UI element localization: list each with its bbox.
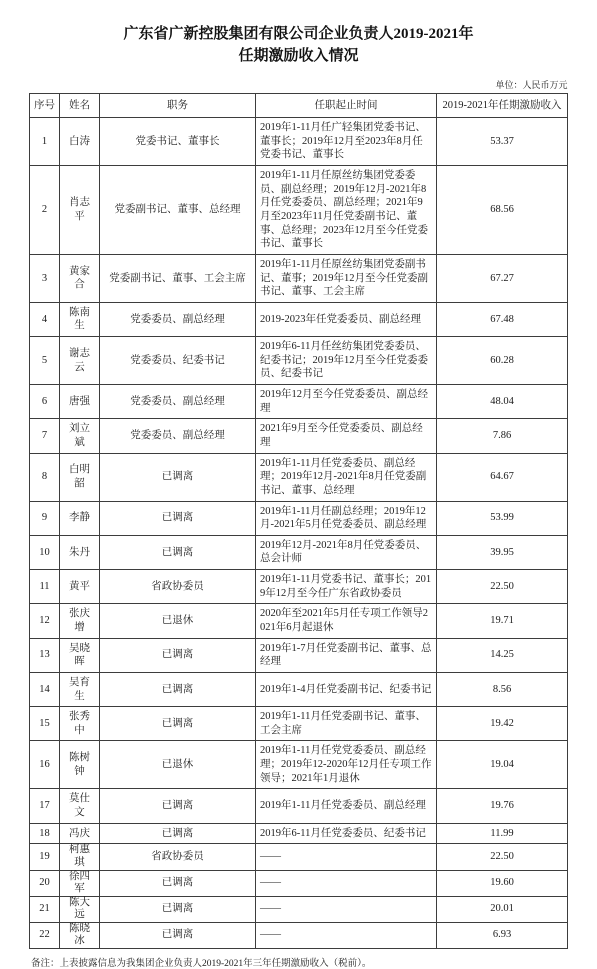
cell-tenure: 2021年9月至今任党委委员、副总经理: [256, 419, 437, 453]
cell-no: 10: [30, 535, 60, 569]
cell-name: 陈树钟: [60, 741, 100, 789]
cell-title: 党委委员、纪委书记: [100, 337, 256, 385]
cell-income: 22.50: [437, 844, 568, 870]
cell-name: 肖志平: [60, 166, 100, 255]
cell-title: 已调离: [100, 672, 256, 706]
cell-tenure: 2019年12月-2021年8月任党委委员、总会计师: [256, 535, 437, 569]
cell-title: 党委副书记、董事、工会主席: [100, 254, 256, 302]
cell-income: 6.93: [437, 922, 568, 948]
cell-no: 19: [30, 844, 60, 870]
cell-no: 4: [30, 302, 60, 336]
cell-name: 张庆增: [60, 604, 100, 638]
cell-tenure: 2019年1-4月任党委副书记、纪委书记: [256, 672, 437, 706]
cell-tenure: ——: [256, 870, 437, 896]
cell-tenure: 2019年6-11月任党委委员、纪委书记: [256, 823, 437, 844]
cell-tenure: 2019年1-11月任党委副书记、董事、工会主席: [256, 707, 437, 741]
cell-title: 已调离: [100, 453, 256, 501]
income-table: 序号 姓名 职务 任职起止时间 2019-2021年任期激励收入 1白涛党委书记…: [29, 93, 568, 950]
cell-tenure: 2019年1-11月任党委委员、副总经理；2019年12月-2021年8月任党委…: [256, 453, 437, 501]
cell-tenure: 2019年1-11月任副总经理；2019年12月-2021年5月任党委委员、副总…: [256, 501, 437, 535]
cell-no: 22: [30, 922, 60, 948]
column-header-title: 职务: [100, 93, 256, 118]
cell-no: 12: [30, 604, 60, 638]
page-title-line-1: 广东省广新控股集团有限公司企业负责人2019-2021年: [0, 24, 597, 46]
table-row: 7刘立斌党委委员、副总经理2021年9月至今任党委委员、副总经理7.86: [30, 419, 568, 453]
cell-name: 莫仕文: [60, 789, 100, 823]
cell-no: 5: [30, 337, 60, 385]
cell-no: 20: [30, 870, 60, 896]
page-title: 广东省广新控股集团有限公司企业负责人2019-2021年 任期激励收入情况: [0, 24, 597, 68]
cell-title: 党委委员、副总经理: [100, 385, 256, 419]
cell-name: 朱丹: [60, 535, 100, 569]
cell-name: 吴晓晖: [60, 638, 100, 672]
table-row: 11黄平省政协委员2019年1-11月党委书记、董事长；2019年12月至今任广…: [30, 570, 568, 604]
cell-title: 省政协委员: [100, 570, 256, 604]
cell-income: 22.50: [437, 570, 568, 604]
cell-title: 已调离: [100, 638, 256, 672]
cell-income: 8.56: [437, 672, 568, 706]
cell-income: 64.67: [437, 453, 568, 501]
document-page: 广东省广新控股集团有限公司企业负责人2019-2021年 任期激励收入情况 单位…: [0, 0, 597, 847]
cell-title: 已调离: [100, 789, 256, 823]
cell-name: 李静: [60, 501, 100, 535]
table-row: 15张秀中已调离2019年1-11月任党委副书记、董事、工会主席19.42: [30, 707, 568, 741]
footnote: 备注：上表披露信息为我集团企业负责人2019-2021年三年任期激励收入（税前）…: [31, 955, 591, 969]
cell-title: 党委委员、副总经理: [100, 302, 256, 336]
unit-label: 单位：人民币万元: [30, 78, 568, 91]
cell-income: 67.48: [437, 302, 568, 336]
cell-income: 19.42: [437, 707, 568, 741]
cell-name: 柯惠琪: [60, 844, 100, 870]
cell-no: 2: [30, 166, 60, 255]
cell-income: 53.99: [437, 501, 568, 535]
cell-no: 7: [30, 419, 60, 453]
column-header-tenure: 任职起止时间: [256, 93, 437, 118]
cell-tenure: 2019年1-7月任党委副书记、董事、总经理: [256, 638, 437, 672]
cell-tenure: ——: [256, 844, 437, 870]
cell-title: 省政协委员: [100, 844, 256, 870]
column-header-name: 姓名: [60, 93, 100, 118]
cell-income: 68.56: [437, 166, 568, 255]
cell-title: 已调离: [100, 535, 256, 569]
cell-no: 9: [30, 501, 60, 535]
cell-name: 唐强: [60, 385, 100, 419]
cell-title: 已调离: [100, 870, 256, 896]
table-row: 1白涛党委书记、董事长2019年1-11月任广轻集团党委书记、董事长；2019年…: [30, 118, 568, 166]
table-row: 14吴育生已调离2019年1-4月任党委副书记、纪委书记8.56: [30, 672, 568, 706]
cell-no: 15: [30, 707, 60, 741]
cell-no: 6: [30, 385, 60, 419]
cell-name: 吴育生: [60, 672, 100, 706]
cell-income: 14.25: [437, 638, 568, 672]
table-row: 10朱丹已调离2019年12月-2021年8月任党委委员、总会计师39.95: [30, 535, 568, 569]
cell-tenure: 2019年1-11月任原丝纺集团党委副书记、董事；2019年12月至今任党委副书…: [256, 254, 437, 302]
cell-tenure: 2019年1-11月党委书记、董事长；2019年12月至今任广东省政协委员: [256, 570, 437, 604]
cell-no: 21: [30, 896, 60, 922]
cell-tenure: 2019-2023年任党委委员、副总经理: [256, 302, 437, 336]
cell-tenure: 2019年1-11月任党党委委员、副总经理；2019年12-2020年12月任专…: [256, 741, 437, 789]
cell-no: 3: [30, 254, 60, 302]
cell-title: 已退休: [100, 604, 256, 638]
cell-income: 20.01: [437, 896, 568, 922]
table-row: 17莫仕文已调离2019年1-11月任党委委员、副总经理19.76: [30, 789, 568, 823]
cell-no: 18: [30, 823, 60, 844]
table-row: 5谢志云党委委员、纪委书记2019年6-11月任丝纺集团党委委员、纪委书记；20…: [30, 337, 568, 385]
table-row: 20徐四军已调离——19.60: [30, 870, 568, 896]
table-row: 18冯庆已调离2019年6-11月任党委委员、纪委书记11.99: [30, 823, 568, 844]
cell-tenure: 2020年至2021年5月任专项工作领导2021年6月起退休: [256, 604, 437, 638]
cell-income: 48.04: [437, 385, 568, 419]
table-row: 12张庆增已退休2020年至2021年5月任专项工作领导2021年6月起退休19…: [30, 604, 568, 638]
table-row: 9李静已调离2019年1-11月任副总经理；2019年12月-2021年5月任党…: [30, 501, 568, 535]
cell-income: 19.76: [437, 789, 568, 823]
cell-tenure: ——: [256, 922, 437, 948]
cell-no: 13: [30, 638, 60, 672]
cell-name: 陈大远: [60, 896, 100, 922]
cell-title: 已调离: [100, 501, 256, 535]
cell-tenure: ——: [256, 896, 437, 922]
table-row: 8白明韶已调离2019年1-11月任党委委员、副总经理；2019年12月-202…: [30, 453, 568, 501]
column-header-no: 序号: [30, 93, 60, 118]
cell-tenure: 2019年1-11月任原丝纺集团党委委员、副总经理；2019年12月-2021年…: [256, 166, 437, 255]
cell-name: 刘立斌: [60, 419, 100, 453]
table-row: 21陈大远已调离——20.01: [30, 896, 568, 922]
cell-income: 67.27: [437, 254, 568, 302]
cell-no: 16: [30, 741, 60, 789]
cell-no: 8: [30, 453, 60, 501]
table-row: 22陈晓冰已调离——6.93: [30, 922, 568, 948]
cell-title: 已退休: [100, 741, 256, 789]
cell-income: 19.71: [437, 604, 568, 638]
cell-no: 1: [30, 118, 60, 166]
cell-tenure: 2019年6-11月任丝纺集团党委委员、纪委书记；2019年12月至今任党委委员…: [256, 337, 437, 385]
cell-name: 白涛: [60, 118, 100, 166]
cell-income: 19.60: [437, 870, 568, 896]
cell-name: 张秀中: [60, 707, 100, 741]
table-row: 3黄家合党委副书记、董事、工会主席2019年1-11月任原丝纺集团党委副书记、董…: [30, 254, 568, 302]
cell-title: 已调离: [100, 823, 256, 844]
cell-name: 黄平: [60, 570, 100, 604]
cell-name: 白明韶: [60, 453, 100, 501]
cell-income: 39.95: [437, 535, 568, 569]
cell-no: 11: [30, 570, 60, 604]
cell-name: 陈晓冰: [60, 922, 100, 948]
table-row: 2肖志平党委副书记、董事、总经理2019年1-11月任原丝纺集团党委委员、副总经…: [30, 166, 568, 255]
cell-income: 53.37: [437, 118, 568, 166]
cell-income: 60.28: [437, 337, 568, 385]
table-row: 16陈树钟已退休2019年1-11月任党党委委员、副总经理；2019年12-20…: [30, 741, 568, 789]
cell-name: 陈南生: [60, 302, 100, 336]
cell-name: 黄家合: [60, 254, 100, 302]
cell-name: 徐四军: [60, 870, 100, 896]
page-title-line-2: 任期激励收入情况: [0, 46, 597, 68]
table-row: 6唐强党委委员、副总经理2019年12月至今任党委委员、副总经理48.04: [30, 385, 568, 419]
cell-title: 已调离: [100, 896, 256, 922]
cell-title: 已调离: [100, 922, 256, 948]
cell-title: 党委委员、副总经理: [100, 419, 256, 453]
table-row: 19柯惠琪省政协委员——22.50: [30, 844, 568, 870]
cell-tenure: 2019年1-11月任党委委员、副总经理: [256, 789, 437, 823]
cell-tenure: 2019年1-11月任广轻集团党委书记、董事长；2019年12月至2023年8月…: [256, 118, 437, 166]
table-header-row: 序号 姓名 职务 任职起止时间 2019-2021年任期激励收入: [30, 93, 568, 118]
column-header-income: 2019-2021年任期激励收入: [437, 93, 568, 118]
cell-name: 冯庆: [60, 823, 100, 844]
table-body: 1白涛党委书记、董事长2019年1-11月任广轻集团党委书记、董事长；2019年…: [30, 118, 568, 949]
cell-title: 已调离: [100, 707, 256, 741]
cell-income: 19.04: [437, 741, 568, 789]
cell-title: 党委副书记、董事、总经理: [100, 166, 256, 255]
cell-no: 14: [30, 672, 60, 706]
table-row: 13吴晓晖已调离2019年1-7月任党委副书记、董事、总经理14.25: [30, 638, 568, 672]
cell-title: 党委书记、董事长: [100, 118, 256, 166]
cell-name: 谢志云: [60, 337, 100, 385]
table-row: 4陈南生党委委员、副总经理2019-2023年任党委委员、副总经理67.48: [30, 302, 568, 336]
cell-income: 7.86: [437, 419, 568, 453]
cell-no: 17: [30, 789, 60, 823]
cell-tenure: 2019年12月至今任党委委员、副总经理: [256, 385, 437, 419]
cell-income: 11.99: [437, 823, 568, 844]
